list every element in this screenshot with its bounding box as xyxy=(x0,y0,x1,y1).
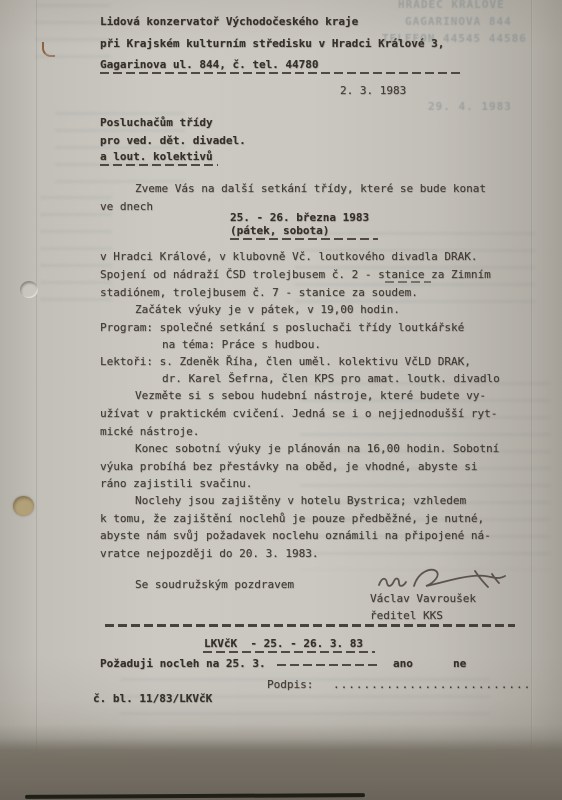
letterhead-line-2: při Krajském kulturním středisku v Hradc… xyxy=(100,37,444,51)
slip-option-no: ne xyxy=(453,657,466,671)
body-line: mické nástroje. xyxy=(100,425,199,439)
body-line: Vezměte si s sebou hudební nástroje, kte… xyxy=(135,389,486,403)
fold-crease-left xyxy=(36,0,38,800)
body-line: v Hradci Králové, v klubovně Vč. loutkov… xyxy=(100,250,478,264)
addressee-underline xyxy=(100,164,218,166)
body-line: na téma: Práce s hudbou. xyxy=(162,338,321,352)
body-line: Program: společné setkání s posluchači t… xyxy=(100,321,464,335)
bleed-stamp-line-2: GAGARINOVA 844 xyxy=(405,15,512,28)
signer-title: ředitel KKS xyxy=(370,609,443,623)
signature-scrawl xyxy=(374,564,516,594)
slip-heading: LKVčK - 25. - 26. 3. 83 xyxy=(204,637,363,651)
addressee-line-3: a lout. kolektivů xyxy=(100,150,213,164)
meeting-date-line: 25. - 26. března 1983 xyxy=(230,211,369,225)
body-line: Noclehy jsou zajištěny v hotelu Bystrica… xyxy=(135,494,466,508)
slip-option-yes: ano xyxy=(393,657,413,671)
body-line: k tomu, že zajištění noclehů je pouze př… xyxy=(100,512,484,526)
letterhead-underline xyxy=(100,72,460,74)
pen-mark xyxy=(42,42,55,57)
body-line: ve dnech xyxy=(100,200,153,214)
addressee-line-1: Posluchačům třídy xyxy=(100,116,213,130)
fold-crease-right xyxy=(531,0,533,800)
bleed-ghost-date: 29. 4. 1983 xyxy=(428,100,512,113)
body-line: Začátek výuky je v pátek, v 19,00 hodin. xyxy=(135,303,400,317)
body-line: vratce nejpozději do 20. 3. 1983. xyxy=(100,547,319,561)
slip-heading-underline xyxy=(203,651,375,653)
body-line: Zveme Vás na další setkání třídy, které … xyxy=(135,182,486,196)
addressee-line-2: pro ved. dět. divadel. xyxy=(100,134,246,148)
slip-signature-label: Podpis: xyxy=(267,678,313,692)
bleed-stamp-line-1: HRADEC KRÁLOVÉ xyxy=(398,0,505,11)
signer-name: Václav Vavroušek xyxy=(370,592,476,606)
letterhead-line-1: Lidová konzervatoř Východočeského kraje xyxy=(100,15,358,29)
desk-surface xyxy=(0,700,562,800)
slip-fill-line xyxy=(277,664,381,666)
meeting-days-line: (pátek, sobota) xyxy=(230,224,329,238)
punch-hole-top xyxy=(20,281,38,298)
body-line: výuka probíhá bez přestávky na oběd, je … xyxy=(100,460,478,474)
slip-request-label: Požaduji nocleh na 25. 3. xyxy=(100,657,266,671)
letterhead-line-3: Gagarinova ul. 844, č. tel. 44780 xyxy=(100,58,319,72)
body-line: abyste nám svůj požadavek noclehu oznámi… xyxy=(100,529,491,543)
body-line: dr. Karel Šefrna, člen KPS pro amat. lou… xyxy=(162,372,500,386)
slip-signature-dots: .......................... xyxy=(333,678,531,692)
body-line: užívat v praktickém cvičení. Jedná se i … xyxy=(100,407,497,421)
body-line: stadiónem, trolejbusem č. 7 - stanice za… xyxy=(100,286,418,300)
letter-date: 2. 3. 1983 xyxy=(340,84,406,98)
body-line: Lektoři: s. Zdeněk Říha, člen uměl. kole… xyxy=(100,355,471,369)
body-line: Konec sobotní výuky je plánován na 16,00… xyxy=(135,442,499,456)
meeting-underline xyxy=(230,238,378,240)
slip-separator-line xyxy=(105,624,515,627)
closing-line: Se soudružským pozdravem xyxy=(135,578,294,592)
stanice-underline xyxy=(385,281,431,283)
scanned-letter-page: HRADEC KRÁLOVÉ GAGARINOVA 844 TELEFON 44… xyxy=(0,0,562,800)
punch-hole-bottom xyxy=(13,496,34,516)
body-line: Spojení od nádraží ČSD trolejbusem č. 2 … xyxy=(100,268,491,282)
body-line: ráno zajistili svačinu. xyxy=(100,477,252,491)
